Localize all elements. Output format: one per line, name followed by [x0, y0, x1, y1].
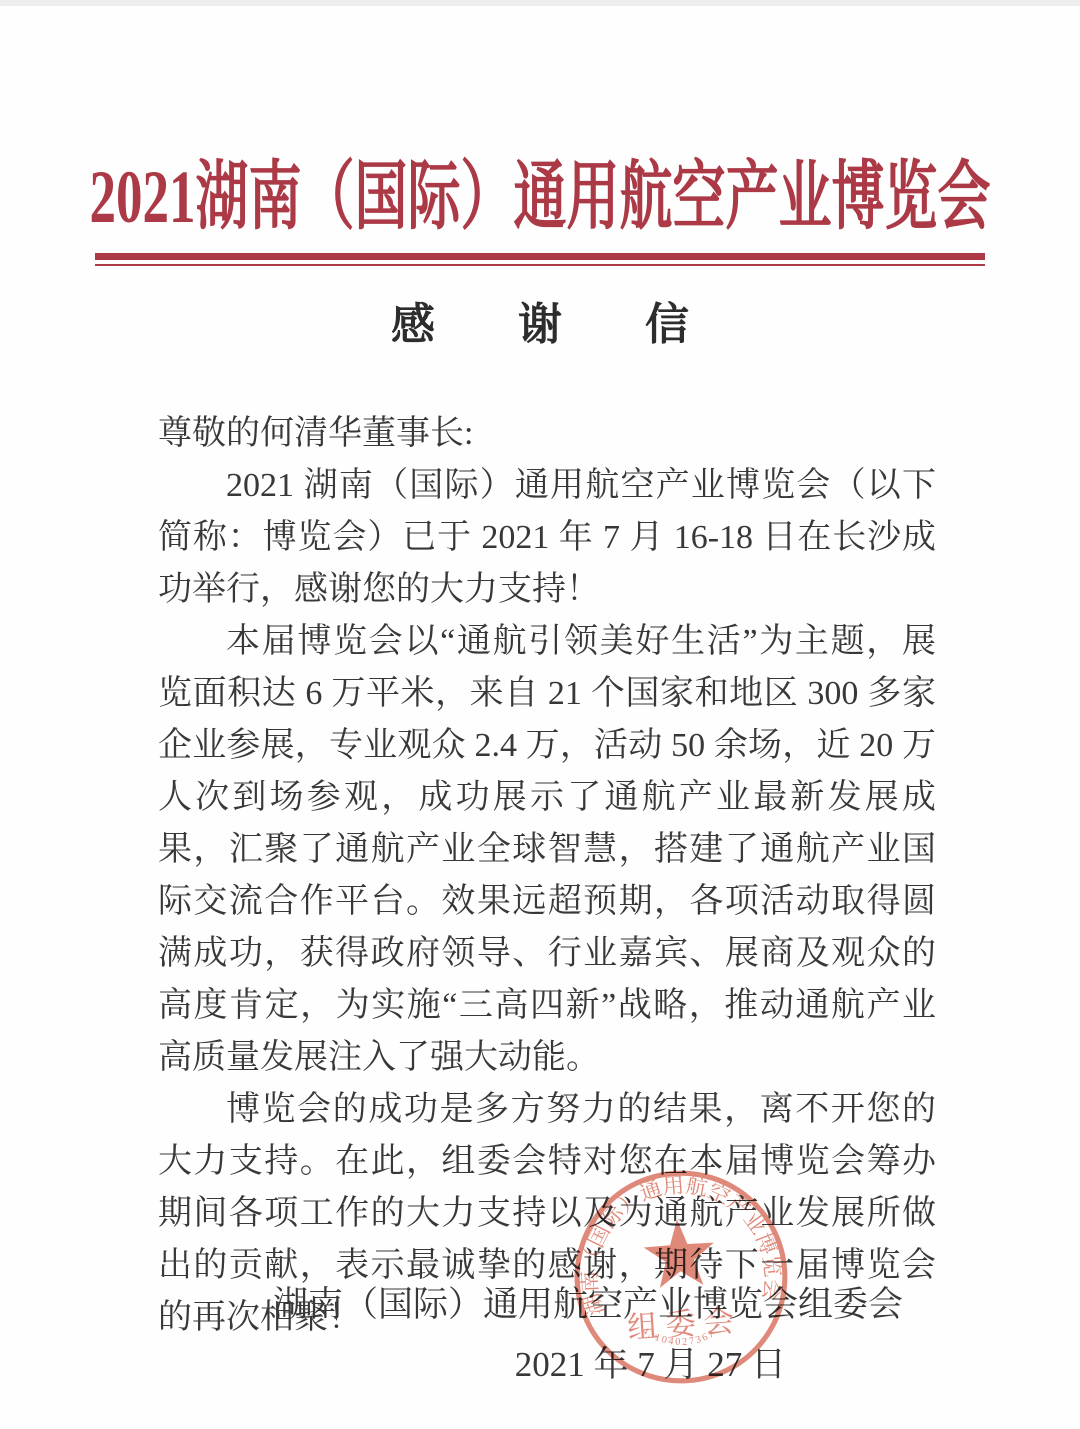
signature: 湖南（国际）通用航空产业博览会组委会	[158, 1283, 936, 1327]
rule-thick	[95, 253, 985, 260]
paragraph-1: 2021 湖南（国际）通用航空产业博览会（以下简称：博览会）已于 2021 年 …	[158, 460, 936, 616]
star-icon	[642, 1217, 717, 1289]
salutation: 尊敬的何清华董事长:	[158, 408, 936, 460]
official-seal-stamp: 湖南（国际）通用航空产业博览会 组委会 43104027367	[565, 1161, 798, 1394]
date: 2021 年 7 月 27 日	[158, 1343, 936, 1387]
masthead-title: 2021湖南（国际）通用航空产业博览会	[0, 127, 1080, 269]
masthead-double-rule	[95, 253, 985, 266]
paragraph-2: 本届博览会以“通航引领美好生活”为主题，展览面积达 6 万平米，来自 21 个国…	[158, 616, 936, 1084]
letter-body: 尊敬的何清华董事长: 2021 湖南（国际）通用航空产业博览会（以下简称：博览会…	[158, 408, 936, 1344]
scanner-edge-strip	[0, 0, 1080, 6]
seal-outer-ring	[570, 1166, 792, 1388]
rule-thin	[95, 264, 985, 266]
letter-heading: 感 谢 信	[0, 298, 1080, 352]
seal-graphic: 湖南（国际）通用航空产业博览会 组委会 43104027367	[565, 1161, 798, 1394]
